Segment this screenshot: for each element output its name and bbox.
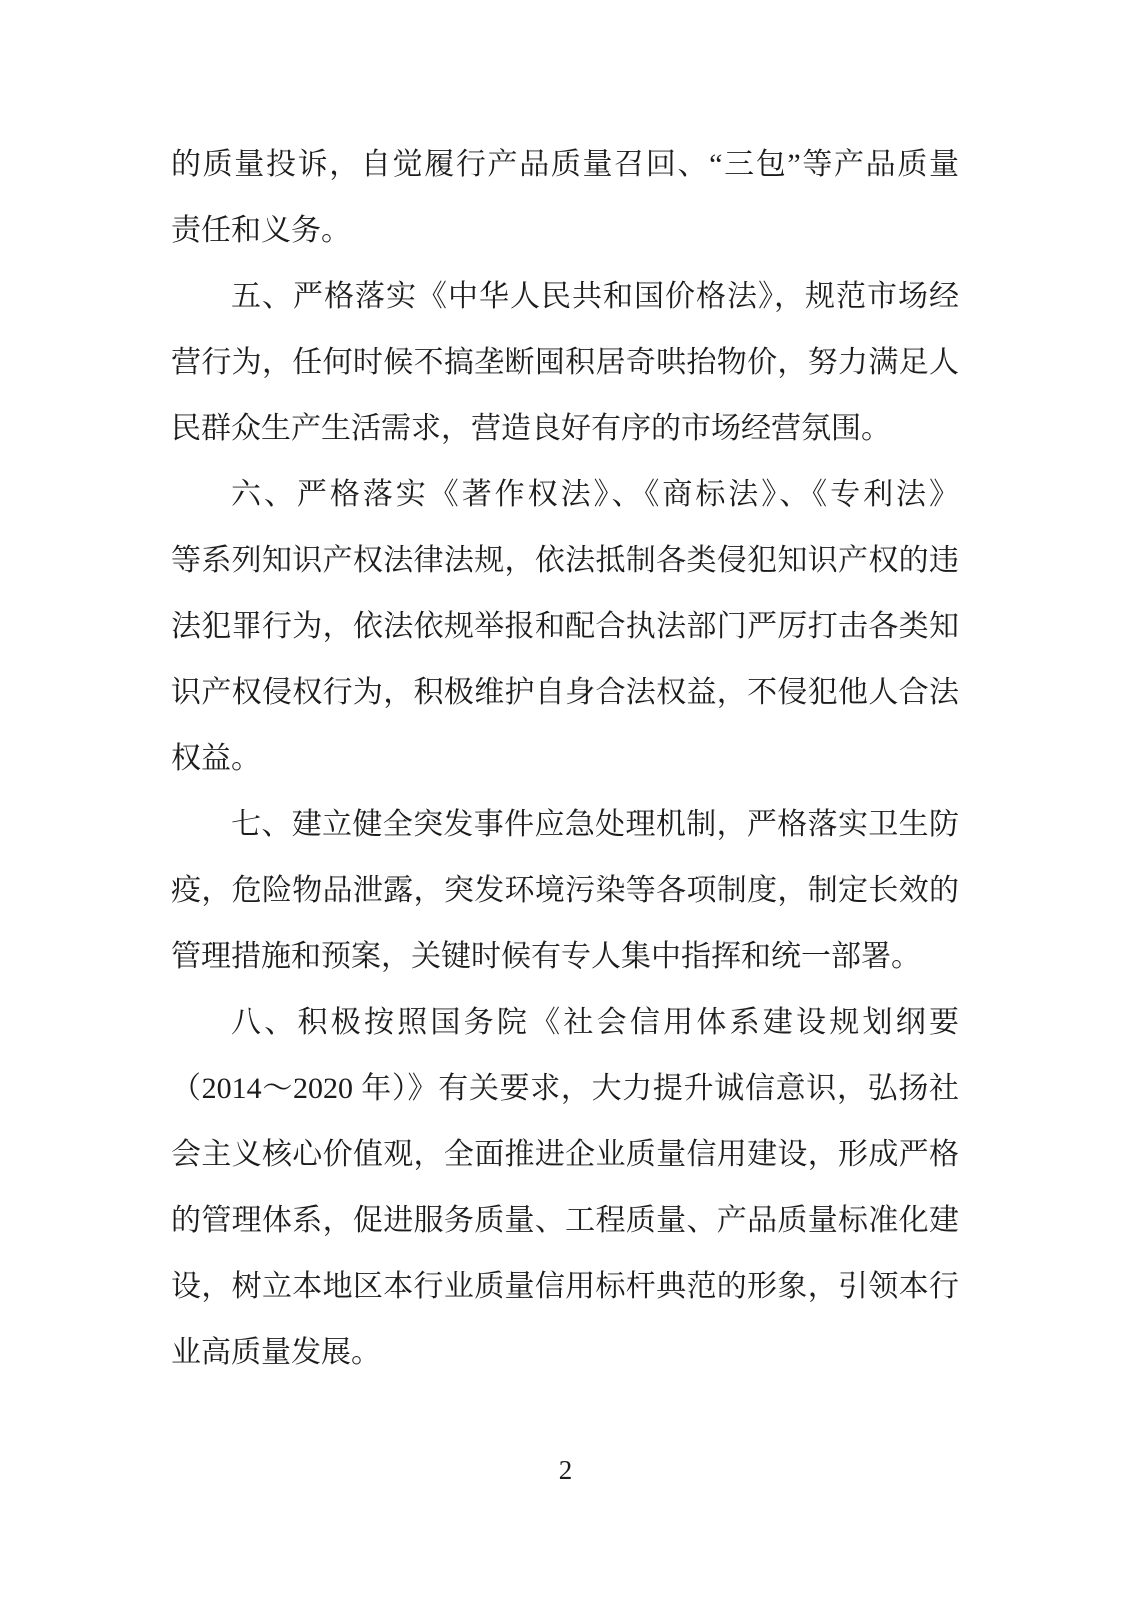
page-number: 2	[0, 1450, 1131, 1490]
text-line: 会主义核心价值观，全面推进企业质量信用建设，形成严格	[171, 1122, 959, 1188]
paragraph: 七、建立健全突发事件应急处理机制，严格落实卫生防疫，危险物品泄露，突发环境污染等…	[171, 792, 959, 990]
text-line: 的管理体系，促进服务质量、工程质量、产品质量标准化建	[171, 1188, 959, 1254]
text-line: 管理措施和预案，关键时候有专人集中指挥和统一部署。	[171, 924, 959, 990]
text-line: 设，树立本地区本行业质量信用标杆典范的形象，引领本行	[171, 1254, 959, 1320]
text-line: 业高质量发展。	[171, 1320, 959, 1386]
paragraph: 五、严格落实《中华人民共和国价格法》，规范市场经营行为，任何时候不搞垄断囤积居奇…	[171, 264, 959, 462]
paragraph: 六、严格落实《著作权法》、《商标法》、《专利法》等系列知识产权法律法规，依法抵制…	[171, 462, 959, 792]
text-line: 法犯罪行为，依法依规举报和配合执法部门严厉打击各类知	[171, 594, 959, 660]
text-line: 六、严格落实《著作权法》、《商标法》、《专利法》	[171, 462, 959, 528]
paragraph: 的质量投诉，自觉履行产品质量召回、“三包”等产品质量责任和义务。	[171, 132, 959, 264]
text-line: 疫，危险物品泄露，突发环境污染等各项制度，制定长效的	[171, 858, 959, 924]
text-line: 民群众生产生活需求，营造良好有序的市场经营氛围。	[171, 396, 959, 462]
text-line: 七、建立健全突发事件应急处理机制，严格落实卫生防	[171, 792, 959, 858]
text-line: 八、积极按照国务院《社会信用体系建设规划纲要	[171, 990, 959, 1056]
text-line: 责任和义务。	[171, 198, 959, 264]
text-line: （2014～2020 年）》有关要求，大力提升诚信意识，弘扬社	[171, 1056, 959, 1122]
text-line: 识产权侵权行为，积极维护自身合法权益，不侵犯他人合法	[171, 660, 959, 726]
text-line: 权益。	[171, 726, 959, 792]
text-line: 营行为，任何时候不搞垄断囤积居奇哄抬物价，努力满足人	[171, 330, 959, 396]
text-line: 的质量投诉，自觉履行产品质量召回、“三包”等产品质量	[171, 132, 959, 198]
text-line: 五、严格落实《中华人民共和国价格法》，规范市场经	[171, 264, 959, 330]
paragraph: 八、积极按照国务院《社会信用体系建设规划纲要（2014～2020 年）》有关要求…	[171, 990, 959, 1386]
document-page: 的质量投诉，自觉履行产品质量召回、“三包”等产品质量责任和义务。五、严格落实《中…	[0, 0, 1131, 1600]
document-body: 的质量投诉，自觉履行产品质量召回、“三包”等产品质量责任和义务。五、严格落实《中…	[171, 132, 959, 1386]
text-line: 等系列知识产权法律法规，依法抵制各类侵犯知识产权的违	[171, 528, 959, 594]
